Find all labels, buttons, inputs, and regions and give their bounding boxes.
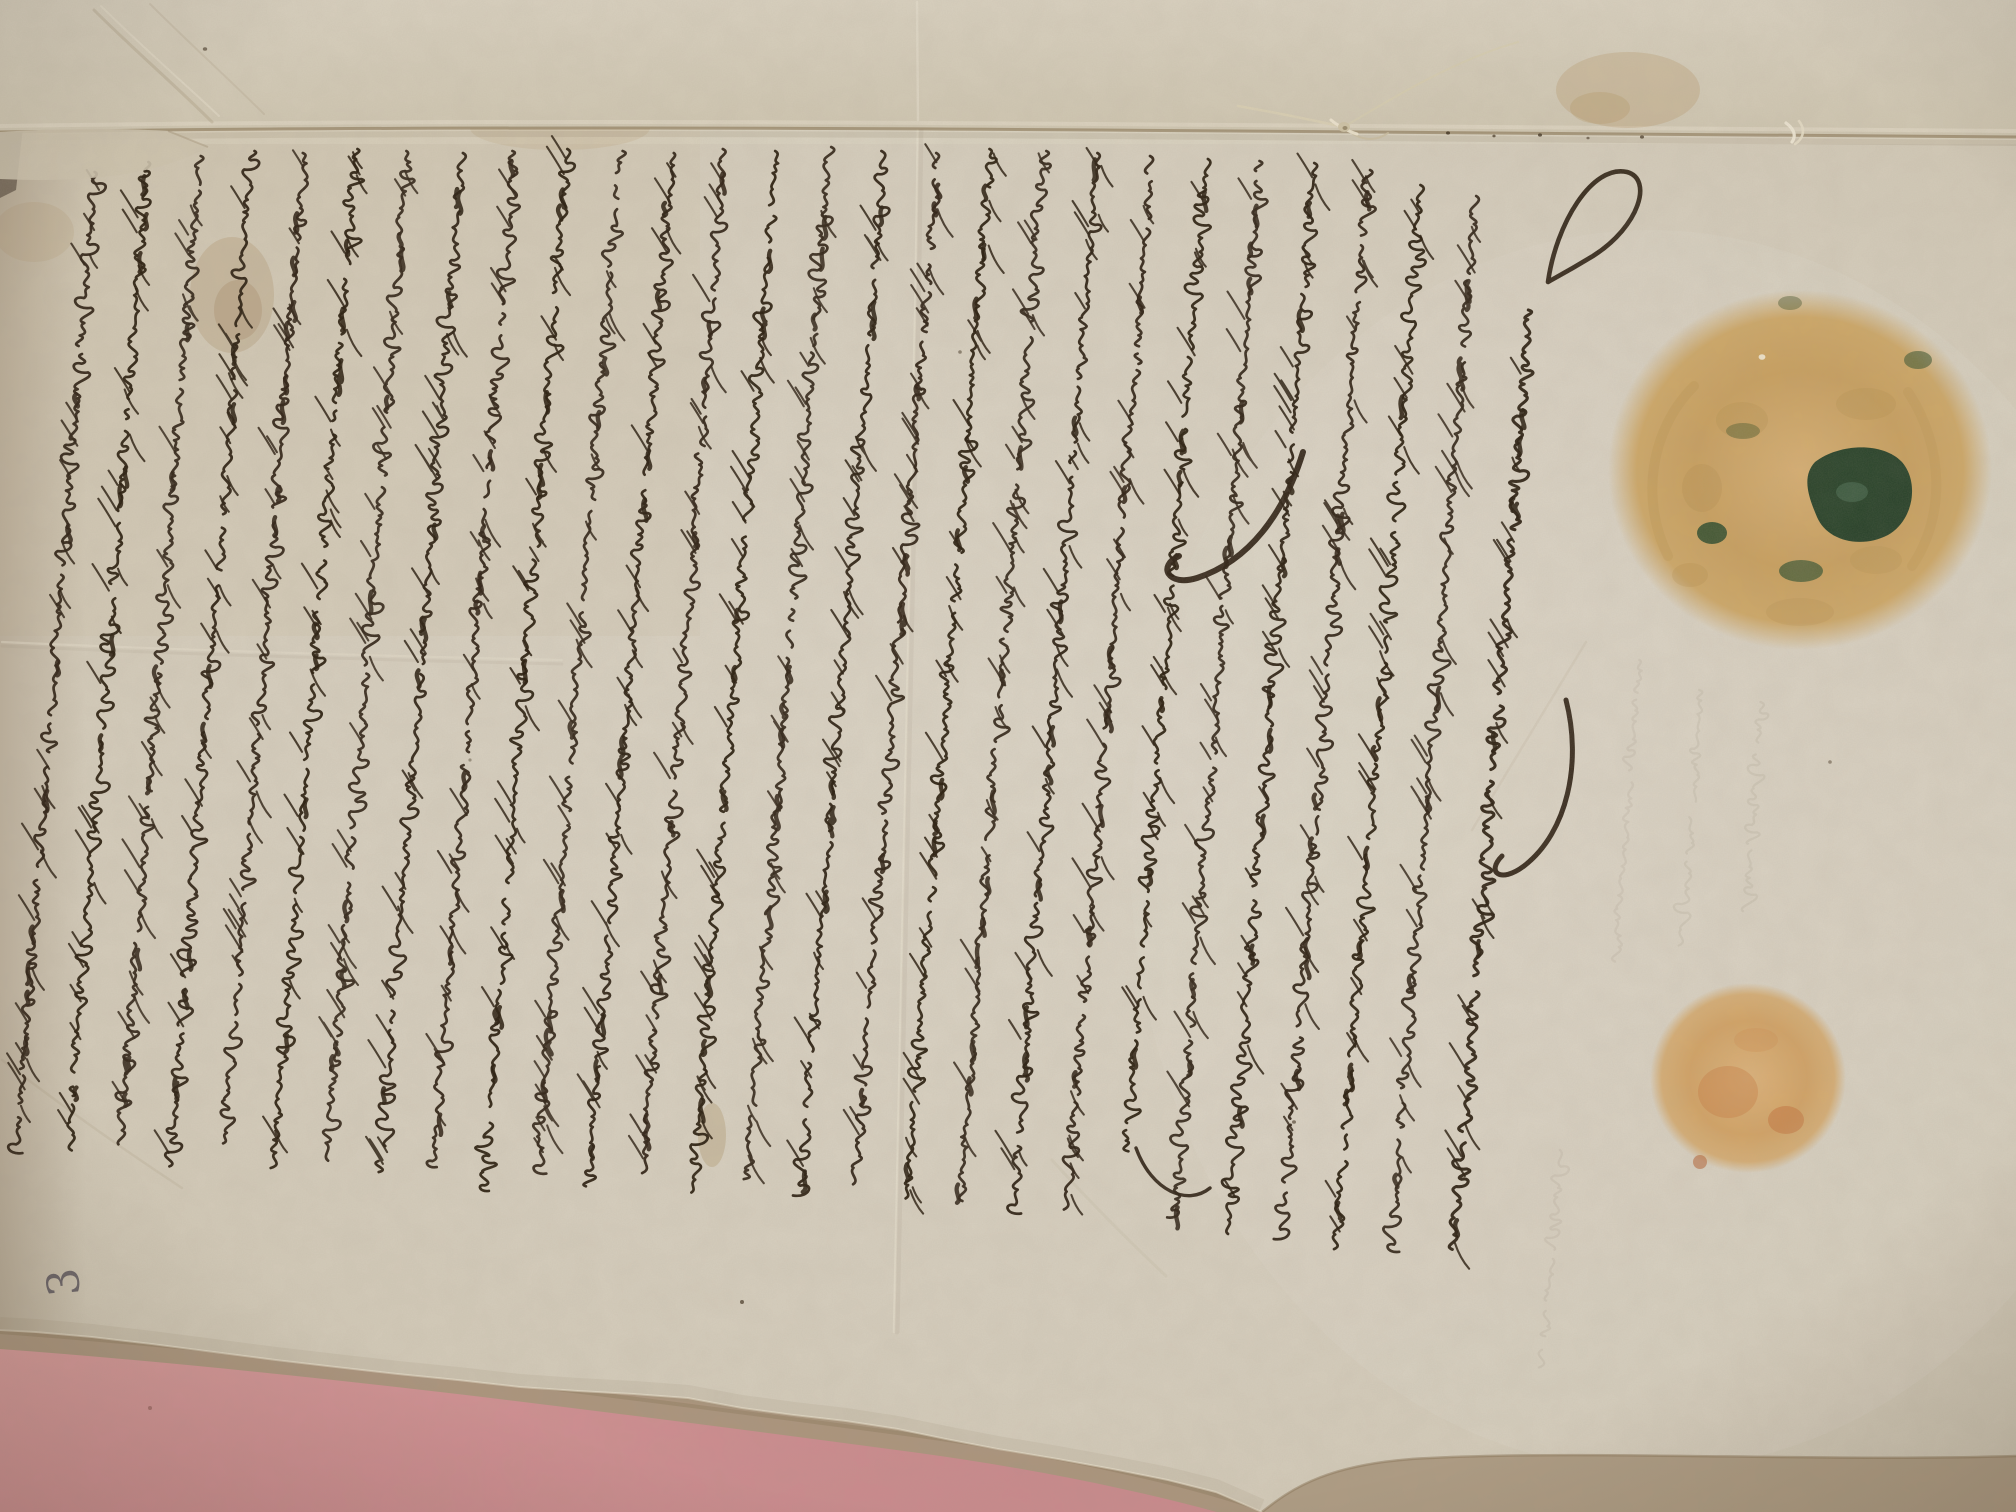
vignette bbox=[0, 0, 2016, 1512]
manuscript-photo: 3 bbox=[0, 0, 2016, 1512]
manuscript-art: 3 bbox=[0, 0, 2016, 1512]
